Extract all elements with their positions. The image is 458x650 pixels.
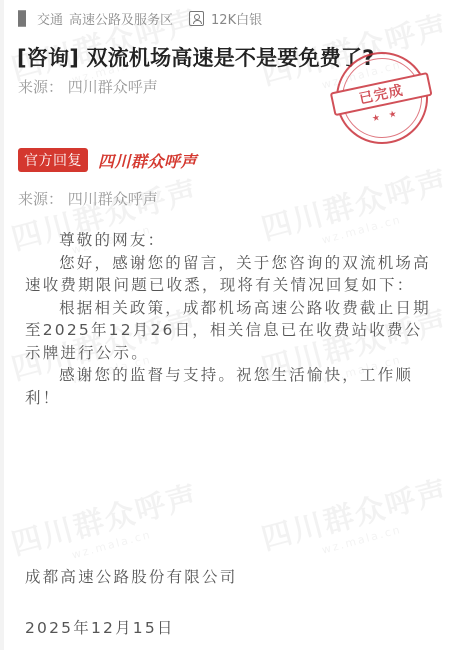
- post-source: 来源： 四川群众呼声: [18, 76, 158, 97]
- post-meta-row: 交通 高速公路及服务区 12K白银: [18, 7, 262, 29]
- official-reply-header: 官方回复 四川群众呼声: [18, 148, 197, 172]
- completed-stamp: 已完成 ★ ★: [327, 43, 436, 152]
- reply-source: 来源： 四川群众呼声: [18, 188, 158, 209]
- post-title: [咨询] 双流机场高速是不是要免费了?: [17, 42, 375, 72]
- user-name[interactable]: 12K白银: [211, 9, 262, 28]
- left-edge-divider: [0, 0, 4, 650]
- reply-signature: 成都高速公路股份有限公司: [25, 565, 237, 587]
- post-detail-page: 四川群众呼声wz.mala.cn 四川群众呼声wz.mala.cn 四川群众呼声…: [0, 0, 458, 650]
- reply-greeting: 尊敬的网友：: [25, 229, 435, 252]
- reply-paragraph: 您好，感谢您的留言，关于您咨询的双流机场高速收费期限问题已收悉，现将有关情况回复…: [25, 252, 435, 297]
- reply-date: 2025年12月15日: [25, 616, 175, 638]
- user-icon: [189, 11, 204, 26]
- reply-paragraph: 根据相关政策，成都机场高速公路收费截止日期至2025年12月26日，相关信息已在…: [25, 297, 435, 365]
- reply-paragraph: 感谢您的监督与支持。祝您生活愉快，工作顺利！: [25, 364, 435, 409]
- official-reply-badge: 官方回复: [18, 148, 88, 172]
- grid-icon: [18, 11, 32, 25]
- category-link[interactable]: 交通: [37, 9, 63, 28]
- brand-logo-text: 四川群众呼声: [98, 149, 197, 172]
- watermark: 四川群众呼声wz.mala.cn: [256, 466, 456, 571]
- watermark: 四川群众呼声wz.mala.cn: [6, 471, 206, 576]
- reply-body: 尊敬的网友： 您好，感谢您的留言，关于您咨询的双流机场高速收费期限问题已收悉，现…: [25, 229, 435, 409]
- subcategory-link[interactable]: 高速公路及服务区: [69, 9, 173, 28]
